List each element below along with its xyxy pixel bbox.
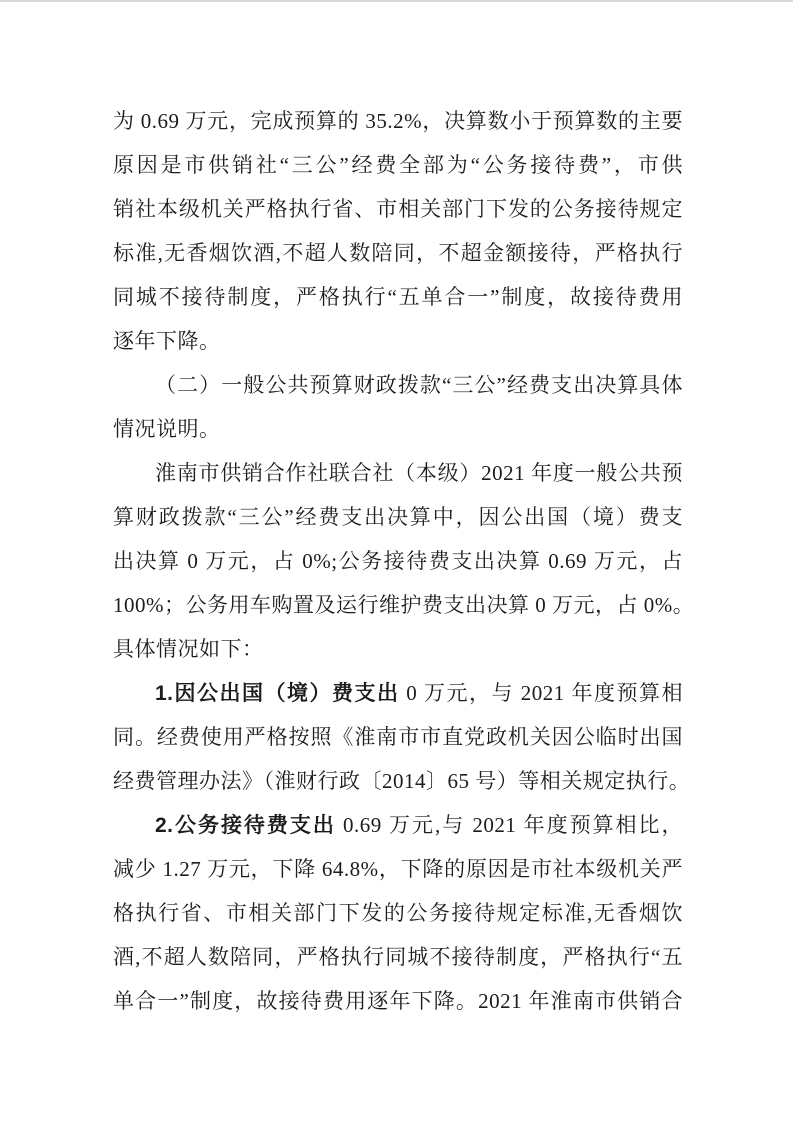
text-line: 格执行省、市相关部门下发的公务接待规定标准,无香烟饮 — [113, 891, 683, 935]
document-page: 为 0.69 万元，完成预算的 35.2%，决算数小于预算数的主要 原因是市供销… — [0, 0, 793, 1122]
text-run: 销社本级机关严格执行省、市相关部门下发的公务接待规定 — [113, 197, 683, 221]
text-line: 同城不接待制度，严格执行“五单合一”制度，故接待费用 — [113, 275, 683, 319]
section-heading-line: （二）一般公共预算财政拨款“三公”经费支出决算具体 — [113, 363, 683, 407]
list-item-1-line: 1.因公出国（境）费支出 0 万元，与 2021 年度预算相 — [113, 671, 683, 715]
text-run: 单合一”制度，故接待费用逐年下降。2021 年淮南市供销合 — [113, 989, 683, 1013]
bold-text-run: 2.公务接待费支出 — [155, 814, 336, 837]
section-heading-line: 情况说明。 — [113, 407, 683, 451]
text-run: （二）一般公共预算财政拨款“三公”经费支出决算具体 — [155, 373, 683, 397]
text-line: 100%；公务用车购置及运行维护费支出决算 0 万元，占 0%。 — [113, 583, 683, 627]
text-run: 为 0.69 万元，完成预算的 35.2%，决算数小于预算数的主要 — [113, 109, 683, 133]
text-run: 具体情况如下： — [113, 637, 264, 661]
text-line: 销社本级机关严格执行省、市相关部门下发的公务接待规定 — [113, 187, 683, 231]
document-body: 为 0.69 万元，完成预算的 35.2%，决算数小于预算数的主要 原因是市供销… — [113, 99, 683, 1023]
text-line: 减少 1.27 万元，下降 64.8%，下降的原因是市社本级机关严 — [113, 847, 683, 891]
text-run: 逐年下降。 — [113, 329, 221, 353]
text-line: 具体情况如下： — [113, 627, 683, 671]
text-run: 出决算 0 万元，占 0%;公务接待费支出决算 0.69 万元，占 — [113, 549, 683, 573]
text-run: 标准,无香烟饮酒,不超人数陪同，不超金额接待，严格执行 — [113, 241, 683, 265]
text-line: 算财政拨款“三公”经费支出决算中，因公出国（境）费支 — [113, 495, 683, 539]
text-line: 逐年下降。 — [113, 319, 683, 363]
text-run: 0 万元，与 2021 年度预算相 — [400, 681, 684, 705]
text-run: 酒,不超人数陪同，严格执行同城不接待制度，严格执行“五 — [113, 945, 683, 969]
text-run: 算财政拨款“三公”经费支出决算中，因公出国（境）费支 — [113, 505, 683, 529]
text-line: 单合一”制度，故接待费用逐年下降。2021 年淮南市供销合 — [113, 979, 683, 1023]
text-line: 经费管理办法》（淮财行政〔2014〕65 号）等相关规定执行。 — [113, 759, 683, 803]
text-run: 100%；公务用车购置及运行维护费支出决算 0 万元，占 0%。 — [113, 593, 694, 617]
text-run: 格执行省、市相关部门下发的公务接待规定标准,无香烟饮 — [113, 901, 683, 925]
text-line: 同。经费使用严格按照《淮南市市直党政机关因公临时出国 — [113, 715, 683, 759]
page-top-edge — [0, 0, 793, 2]
text-run: 减少 1.27 万元，下降 64.8%，下降的原因是市社本级机关严 — [113, 857, 683, 881]
text-run: 同。经费使用严格按照《淮南市市直党政机关因公临时出国 — [113, 725, 683, 749]
text-line: 酒,不超人数陪同，严格执行同城不接待制度，严格执行“五 — [113, 935, 683, 979]
text-run: 经费管理办法》（淮财行政〔2014〕65 号）等相关规定执行。 — [113, 769, 690, 793]
text-line: 淮南市供销合作社联合社（本级）2021 年度一般公共预 — [113, 451, 683, 495]
text-run: 原因是市供销社“三公”经费全部为“公务接待费”，市供 — [113, 153, 683, 177]
text-run: 淮南市供销合作社联合社（本级）2021 年度一般公共预 — [155, 461, 683, 485]
text-line: 标准,无香烟饮酒,不超人数陪同，不超金额接待，严格执行 — [113, 231, 683, 275]
text-line: 原因是市供销社“三公”经费全部为“公务接待费”，市供 — [113, 143, 683, 187]
text-line: 为 0.69 万元，完成预算的 35.2%，决算数小于预算数的主要 — [113, 99, 683, 143]
text-run: 0.69 万元,与 2021 年度预算相比， — [336, 813, 683, 837]
bold-text-run: 1.因公出国（境）费支出 — [155, 682, 400, 705]
text-run: 情况说明。 — [113, 417, 221, 441]
list-item-2-line: 2.公务接待费支出 0.69 万元,与 2021 年度预算相比， — [113, 803, 683, 847]
text-run: 同城不接待制度，严格执行“五单合一”制度，故接待费用 — [113, 285, 683, 309]
text-line: 出决算 0 万元，占 0%;公务接待费支出决算 0.69 万元，占 — [113, 539, 683, 583]
